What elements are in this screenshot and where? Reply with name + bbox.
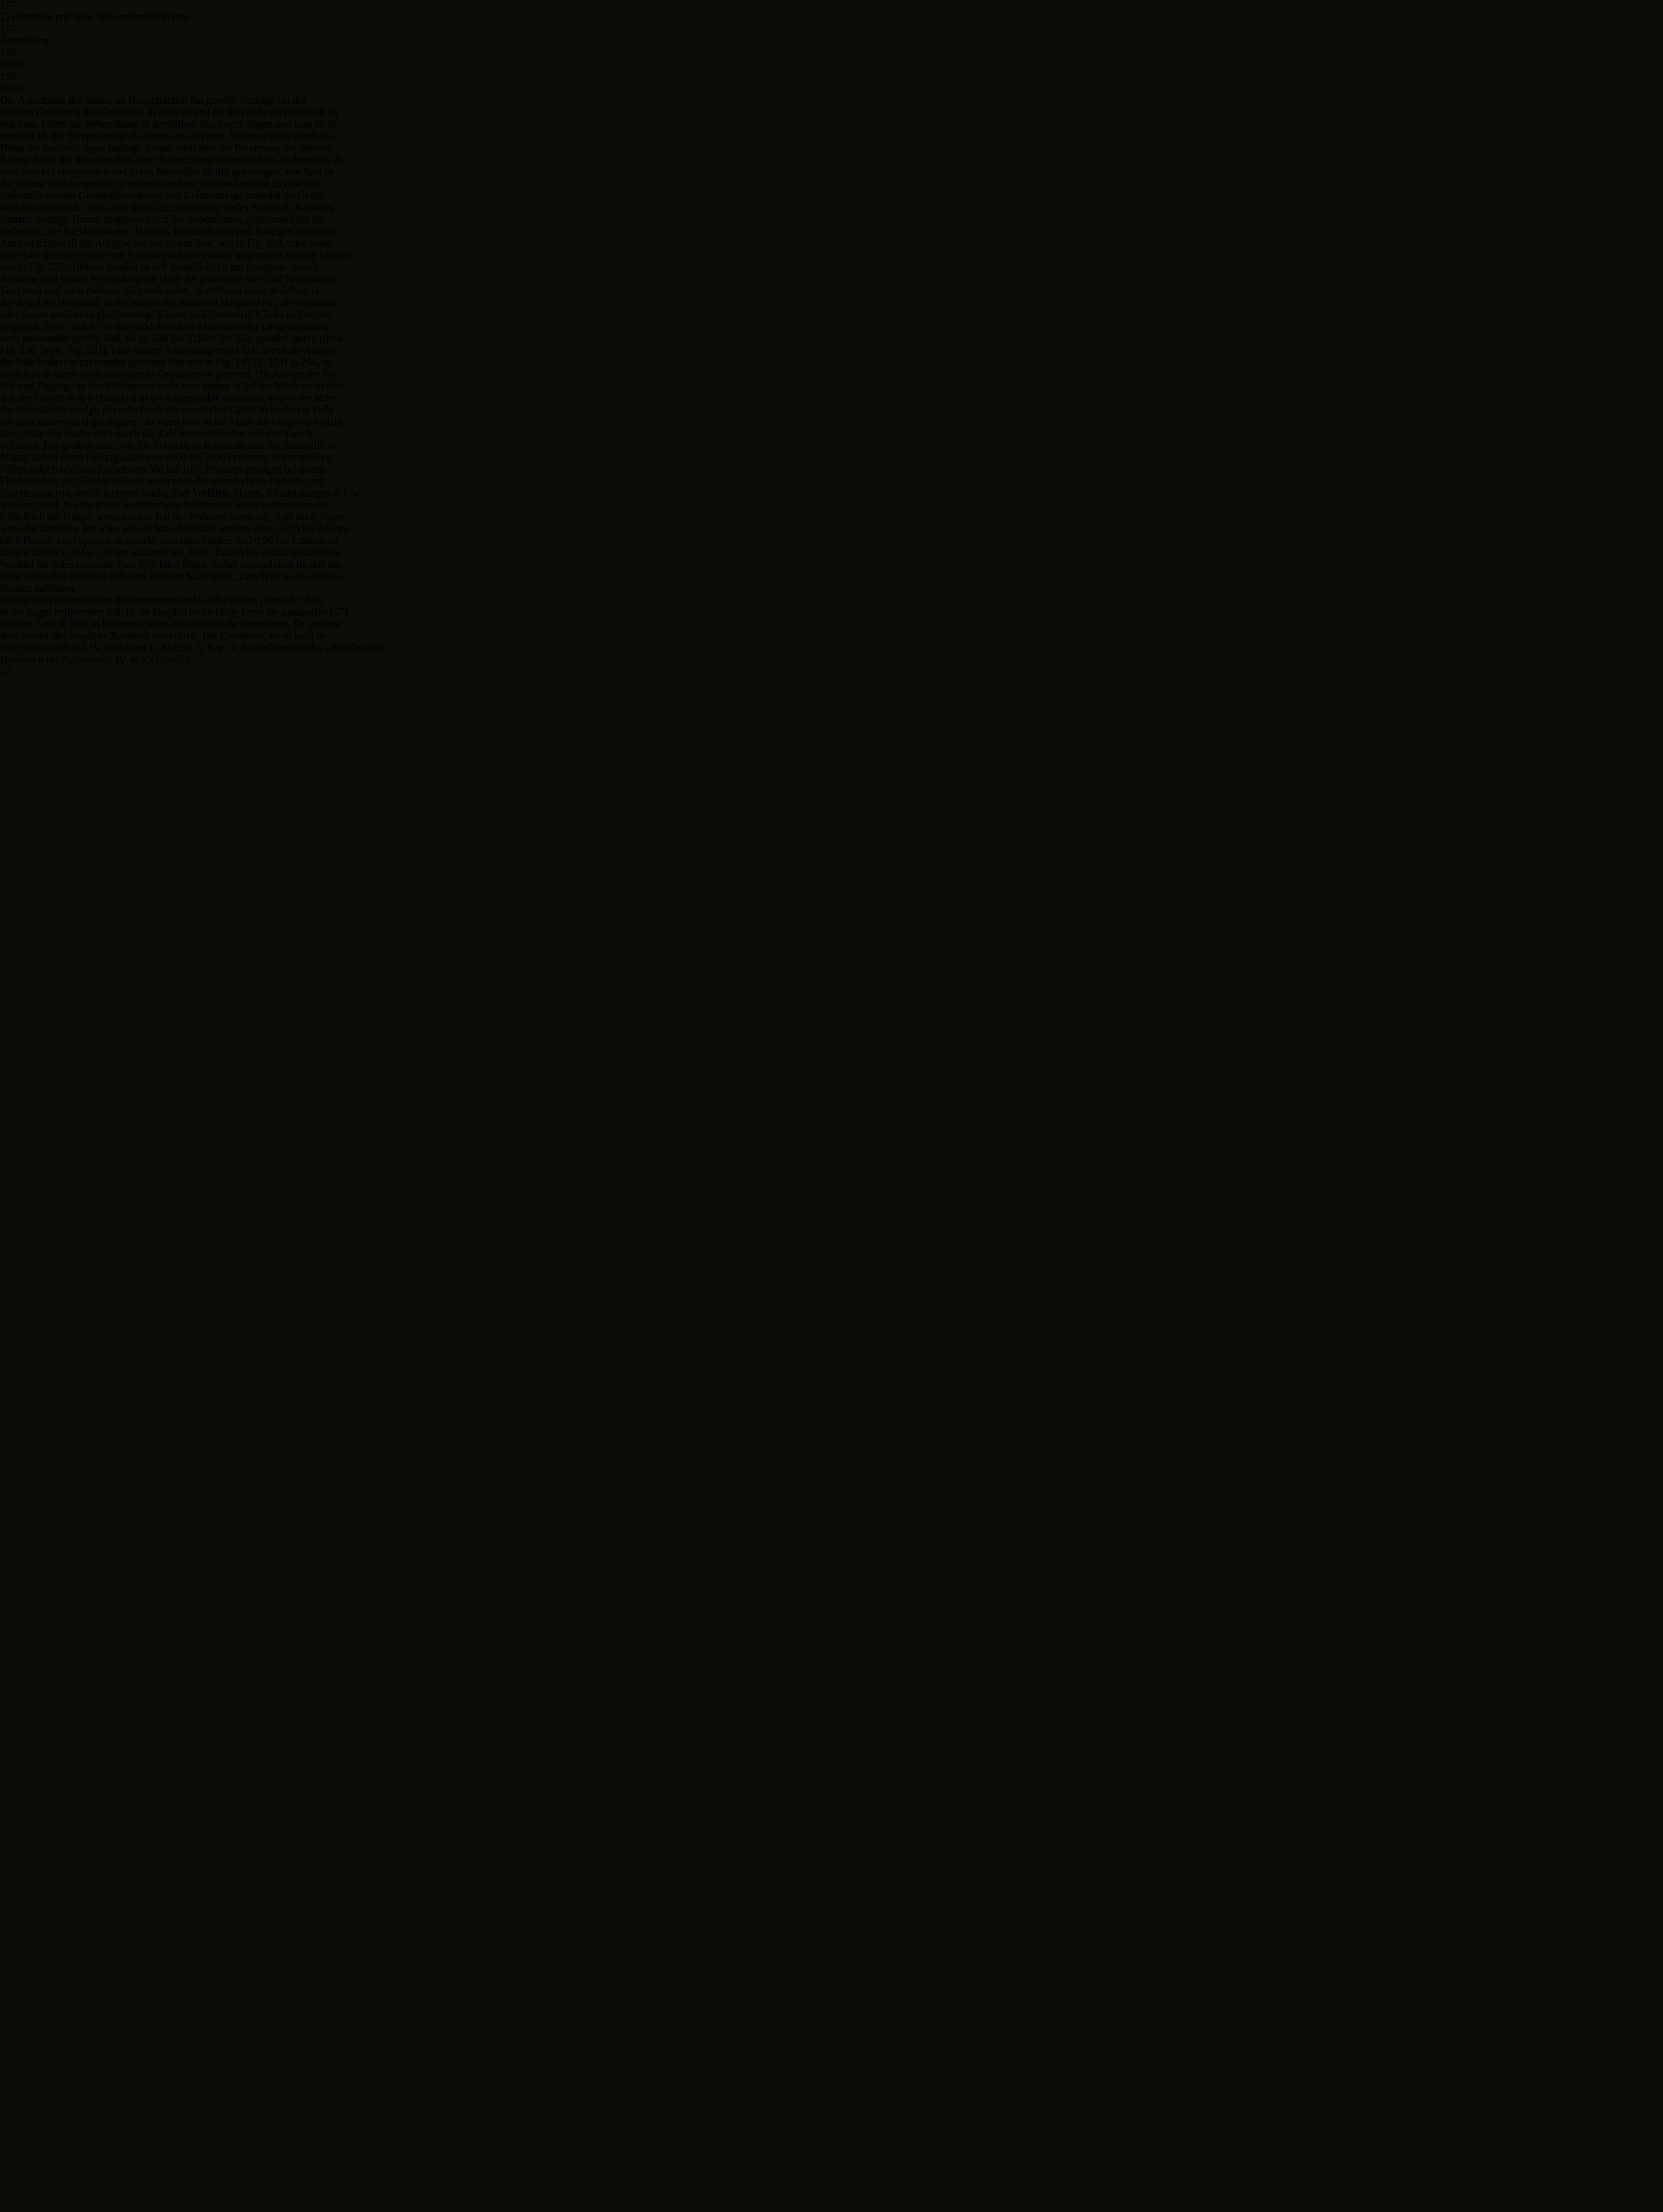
text-line: Sind zwei und noch mehrere Säle vorhande… — [0, 286, 1663, 297]
text-line: weilen auch durch zwiſchenliegende Gebäu… — [0, 369, 1663, 381]
section-heading: 2) Hauptſaal und ſeine Nebenräumlichkeit… — [0, 12, 1663, 24]
text-line: der Schmalſeite erfolgt; der erſte Eindr… — [0, 405, 1663, 416]
text-line: genötigt iſt, die Treppen mehr als einma… — [0, 131, 1663, 143]
text-segment: , wozu noch der erforderliche Podium- un… — [142, 476, 324, 487]
text-line: wie in Fig. 227. Alsdann handelt es ſich… — [0, 262, 1663, 274]
paragraph: Die Anordnung des Saales im Hauptgeſchoß… — [0, 95, 1663, 238]
margin-note-number: 198. — [0, 48, 1663, 59]
text-line: aber wieder das längliche Rechteck vorte… — [0, 631, 1663, 643]
text-line: in der Regel entſprechen ſoll, iſt die l… — [0, 607, 1663, 619]
text-line: oder dieſen annähernd gleichwertige Räum… — [0, 309, 1663, 321]
page-number: 177 — [0, 0, 1663, 12]
text-line: der Regel als Hauptſaal; dieſer nimmt de… — [0, 297, 1663, 309]
text-line: zwei Säle gleicher Größe und Grundform ü… — [0, 250, 1663, 262]
text-line: Für den Tanz iſt bloß in kleineren Sälen… — [0, 619, 1663, 631]
paragraph: Sind zwei und noch mehrere Säle vorhande… — [0, 286, 1663, 428]
text-line: Die Größe des Saales wird durch die Zahl… — [0, 428, 1663, 440]
text-line: Räume durch die Schwierigkeit ihrer Bele… — [0, 155, 1663, 167]
footnote-number: 157 — [0, 643, 16, 654]
footnote: 157) Siehe auch Teil IV, Halbband 1 (Abſ… — [0, 643, 1663, 654]
text-line: Wechſel für jedes tanzende Paar 2,70 bis… — [0, 559, 1663, 571]
text-segment: in der Regel entſprechen ſoll, iſt die l… — [0, 607, 329, 618]
text-segment: , wobei anzunehmen iſt, daß die — [206, 559, 341, 571]
text-line: ſäle und Zugänge zu den Feſträumen ſucht… — [0, 381, 1663, 393]
superscript-unit: qm — [329, 512, 343, 523]
text-line: wenn für ſämtliche Beſucher jedoch Sitze… — [0, 524, 1663, 535]
superscript-unit: qm — [128, 476, 142, 487]
footnote-text: ) Siehe auch Teil IV, Halbband 1 (Abſchn… — [16, 643, 389, 654]
text-line: Am einfachſten iſt die Aufgabe bei nur e… — [0, 238, 1663, 250]
text-line: räumen aufhalten. — [0, 583, 1663, 595]
text-line: beſtimmt. Die größten Säle, wie die Feſt… — [0, 440, 1663, 452]
margin-note: 197. Anordnung. — [0, 24, 1663, 48]
superscript-unit: qm — [193, 559, 206, 571]
text-line: erachten, ſofern die Nebenräume in demſe… — [0, 119, 1663, 131]
text-segment: ). — [345, 607, 350, 618]
text-line: ſchließlich der Gänge, wenn nur ein Teil… — [0, 512, 1663, 524]
text-line: Flächeninhalt von 250 bis 450qm, wozu no… — [0, 476, 1663, 488]
text-line: Nebenſäle, die Kleiderablagen, Treppen, … — [0, 226, 1663, 238]
text-segment: Flächeninhalt von 250 bis 450 — [0, 476, 128, 487]
text-segment: Wechſel für jedes tanzende Paar 2,70 bis… — [0, 559, 193, 571]
text-line: örtlichen Umſtände, dann aber durch die … — [0, 202, 1663, 214]
text-line: angelegt wird. Bei für große Aufführunge… — [0, 500, 1663, 512]
text-line: nach aneinander gereiht ſind, ſei es, da… — [0, 333, 1663, 345]
text-line: Ganzen bedingt. Darum gruppieren ſich di… — [0, 214, 1663, 226]
book-page: 177 2) Hauptſaal und ſeine Nebenräumlich… — [0, 0, 1663, 678]
margin-note: 198. Größe. — [0, 48, 1663, 71]
text-line: äußeren Geſtaltung des Gebäudes, iſt auc… — [0, 107, 1663, 119]
signature-line: Handbuch der Architektur. IV. 4, a. (3. … — [0, 654, 1663, 666]
text-line: Jedenfalls werden Grundrißanordnung und … — [0, 190, 1663, 202]
text-line: die hintere Nachbargrenze zu verlegen un… — [0, 178, 1663, 190]
text-segment: ſchließlich der Gänge, wenn nur ein Teil… — [0, 512, 329, 523]
text-line: langen Tafeln 1,00 bis 1,50qm anzunehmen… — [0, 547, 1663, 559]
superscript-unit: qm — [336, 524, 349, 535]
footnote-reference: 157 — [329, 607, 345, 618]
superscript-unit: qm — [309, 535, 323, 547]
text-line: Mainz, haben einen Faſſungsraum von 4000… — [0, 452, 1663, 464]
text-line: man aber bei eingebauten und tiefen Bauſ… — [0, 167, 1663, 178]
scanned-book-photo: 177 2) Hauptſaal und ſeine Nebenräumlich… — [0, 0, 1663, 2212]
text-segment: langen Tafeln 1,00 bis 1,50 — [0, 547, 115, 559]
text-segment: , — [343, 512, 346, 523]
text-line: gruppiert, ſei es, daß ſie in einer und … — [0, 321, 1663, 333]
margin-note-number: 199. — [0, 71, 1663, 83]
margin-note: 199. Form. — [0, 71, 1663, 95]
paragraph: Am einfachſten iſt die Aufgabe bei nur e… — [0, 238, 1663, 286]
text-line: Natur der Bauſtelle ſogar bedingt. Immer… — [0, 143, 1663, 155]
text-segment: wenn für ſämtliche Beſucher jedoch Sitze… — [0, 524, 336, 535]
text-line: für 1 Perſon. Zum Speiſen an einzeln ver… — [0, 535, 1663, 547]
text-line: dienliche und ſchöne Verbindung mit Hilf… — [0, 274, 1663, 286]
text-line: Die Anordnung des Saales im Hauptgeſchoß… — [0, 95, 1663, 107]
text-line: nicht tanzenden Perſonen ſich zum Teile … — [0, 571, 1663, 583]
text-line: Fällen jedoch wird ein ſolcher von 500 b… — [0, 464, 1663, 476]
text-line: Galerieraum tritt, welch letzterer häufi… — [0, 488, 1663, 500]
margin-note-label: Form. — [0, 83, 1663, 95]
text-line: ein ganz anderer und günſtigerer, als we… — [0, 416, 1663, 428]
paragraph: Die Größe des Saales wird durch die Zahl… — [0, 428, 1663, 595]
sheet-number: 12 — [0, 666, 1663, 678]
text-line: der Säle ſenkrecht zueinander gerichtet … — [0, 357, 1663, 369]
paragraph: Für die verſchiedenartigen Beſtimmungen … — [0, 595, 1663, 643]
text-line: Fig. 226, bezw. Fig. 231). Eine andere A… — [0, 345, 1663, 357]
superscript-unit: qm — [115, 547, 128, 559]
text-line: Für die verſchiedenartigen Beſtimmungen … — [0, 595, 1663, 607]
text-line: daß der Eintritt in den Hauptſaal in der… — [0, 393, 1663, 405]
text-segment: für 1 Perſon. Zum Speiſen an einzeln ver… — [0, 535, 309, 547]
margin-note-label: Anordnung. — [0, 36, 1663, 48]
text-segment: anzunehmen, beim Tanzen bei ordnungsmäßi… — [128, 547, 341, 559]
margin-note-number: 197. — [0, 24, 1663, 36]
text-segment: , an — [323, 535, 338, 547]
margin-note-label: Größe. — [0, 59, 1663, 71]
